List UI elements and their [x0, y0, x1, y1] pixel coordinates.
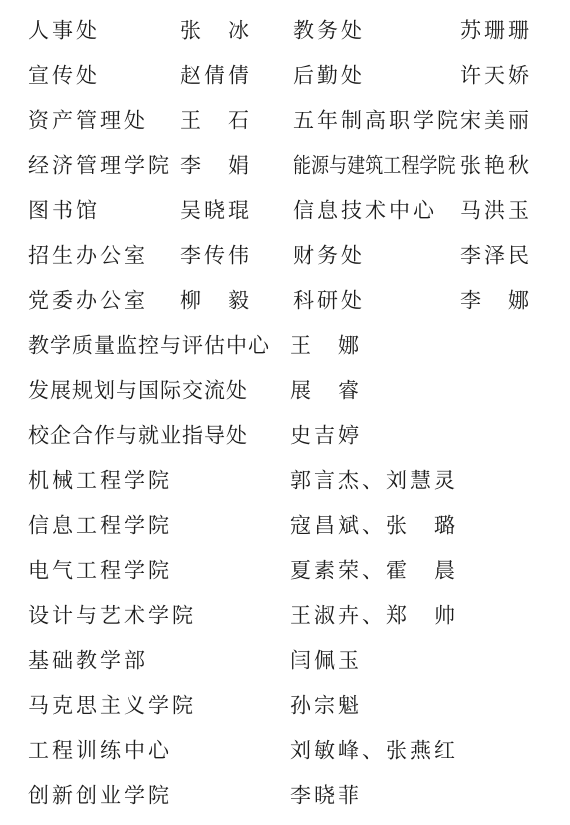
name-cell: 宋美丽: [460, 110, 532, 131]
name-cell: 李 娟: [180, 155, 252, 176]
name-cell: 许天娇: [460, 65, 532, 86]
name-cell: 柳 毅: [180, 290, 252, 311]
table-row: 电气工程学院夏素荣、霍 晨: [0, 548, 570, 593]
department-cell: 创新创业学院: [28, 785, 172, 806]
department-cell: 后勤处: [293, 65, 365, 86]
name-cell: 李传伟: [180, 245, 252, 266]
document-page: 人事处张 冰教务处苏珊珊宣传处赵倩倩后勤处许天娇资产管理处王 石五年制高职学院宋…: [0, 0, 570, 825]
department-cell: 信息工程学院: [28, 515, 172, 536]
department-cell: 经济管理学院: [28, 155, 172, 176]
table-row: 机械工程学院郭言杰、刘慧灵: [0, 458, 570, 503]
table-row: 马克思主义学院孙宗魁: [0, 683, 570, 728]
name-cell: 吴晓琨: [180, 200, 252, 221]
department-cell: 信息技术中心: [293, 200, 437, 221]
name-cell: 王 娜: [290, 335, 362, 356]
department-cell: 财务处: [293, 245, 365, 266]
name-cell: 郭言杰、刘慧灵: [290, 470, 458, 491]
department-cell: 教务处: [293, 20, 365, 41]
name-cell: 苏珊珊: [460, 20, 532, 41]
department-cell: 工程训练中心: [28, 740, 172, 761]
department-cell: 电气工程学院: [28, 560, 172, 581]
name-cell: 史吉婷: [290, 425, 362, 446]
table-row: 图书馆吴晓琨信息技术中心马洪玉: [0, 188, 570, 233]
department-cell: 校企合作与就业指导处: [28, 425, 248, 446]
table-row: 工程训练中心刘敏峰、张燕红: [0, 728, 570, 773]
department-cell: 人事处: [28, 20, 100, 41]
table-row: 创新创业学院李晓菲: [0, 773, 570, 818]
table-row: 宣传处赵倩倩后勤处许天娇: [0, 53, 570, 98]
department-cell: 发展规划与国际交流处: [28, 380, 248, 401]
name-cell: 李泽民: [460, 245, 532, 266]
name-cell: 孙宗魁: [290, 695, 362, 716]
table-row: 资产管理处王 石五年制高职学院宋美丽: [0, 98, 570, 143]
department-cell: 宣传处: [28, 65, 100, 86]
name-cell: 赵倩倩: [180, 65, 252, 86]
department-cell: 党委办公室: [28, 290, 148, 311]
department-cell: 教学质量监控与评估中心: [28, 335, 270, 356]
name-cell: 王淑卉、郑 帅: [290, 605, 458, 626]
department-cell: 科研处: [293, 290, 365, 311]
department-cell: 基础教学部: [28, 650, 148, 671]
roster-table: 人事处张 冰教务处苏珊珊宣传处赵倩倩后勤处许天娇资产管理处王 石五年制高职学院宋…: [0, 8, 570, 818]
department-cell: 机械工程学院: [28, 470, 172, 491]
table-row: 信息工程学院寇昌斌、张 璐: [0, 503, 570, 548]
department-cell: 马克思主义学院: [28, 695, 196, 716]
department-cell: 图书馆: [28, 200, 100, 221]
table-row: 招生办公室李传伟财务处李泽民: [0, 233, 570, 278]
table-row: 人事处张 冰教务处苏珊珊: [0, 8, 570, 53]
name-cell: 李 娜: [460, 290, 532, 311]
name-cell: 张艳秋: [460, 155, 532, 176]
name-cell: 闫佩玉: [290, 650, 362, 671]
table-row: 设计与艺术学院王淑卉、郑 帅: [0, 593, 570, 638]
table-row: 发展规划与国际交流处展 睿: [0, 368, 570, 413]
table-row: 校企合作与就业指导处史吉婷: [0, 413, 570, 458]
name-cell: 张 冰: [180, 20, 252, 41]
name-cell: 夏素荣、霍 晨: [290, 560, 458, 581]
table-row: 基础教学部闫佩玉: [0, 638, 570, 683]
department-cell: 招生办公室: [28, 245, 148, 266]
name-cell: 展 睿: [290, 380, 362, 401]
name-cell: 王 石: [180, 110, 252, 131]
table-row: 党委办公室柳 毅科研处李 娜: [0, 278, 570, 323]
department-cell: 能源与建筑工程学院: [293, 155, 456, 176]
department-cell: 资产管理处: [28, 110, 148, 131]
name-cell: 刘敏峰、张燕红: [290, 740, 458, 761]
table-row: 教学质量监控与评估中心王 娜: [0, 323, 570, 368]
department-cell: 五年制高职学院: [293, 110, 461, 131]
name-cell: 马洪玉: [460, 200, 532, 221]
department-cell: 设计与艺术学院: [28, 605, 196, 626]
table-row: 经济管理学院李 娟能源与建筑工程学院张艳秋: [0, 143, 570, 188]
name-cell: 寇昌斌、张 璐: [290, 515, 458, 536]
name-cell: 李晓菲: [290, 785, 362, 806]
